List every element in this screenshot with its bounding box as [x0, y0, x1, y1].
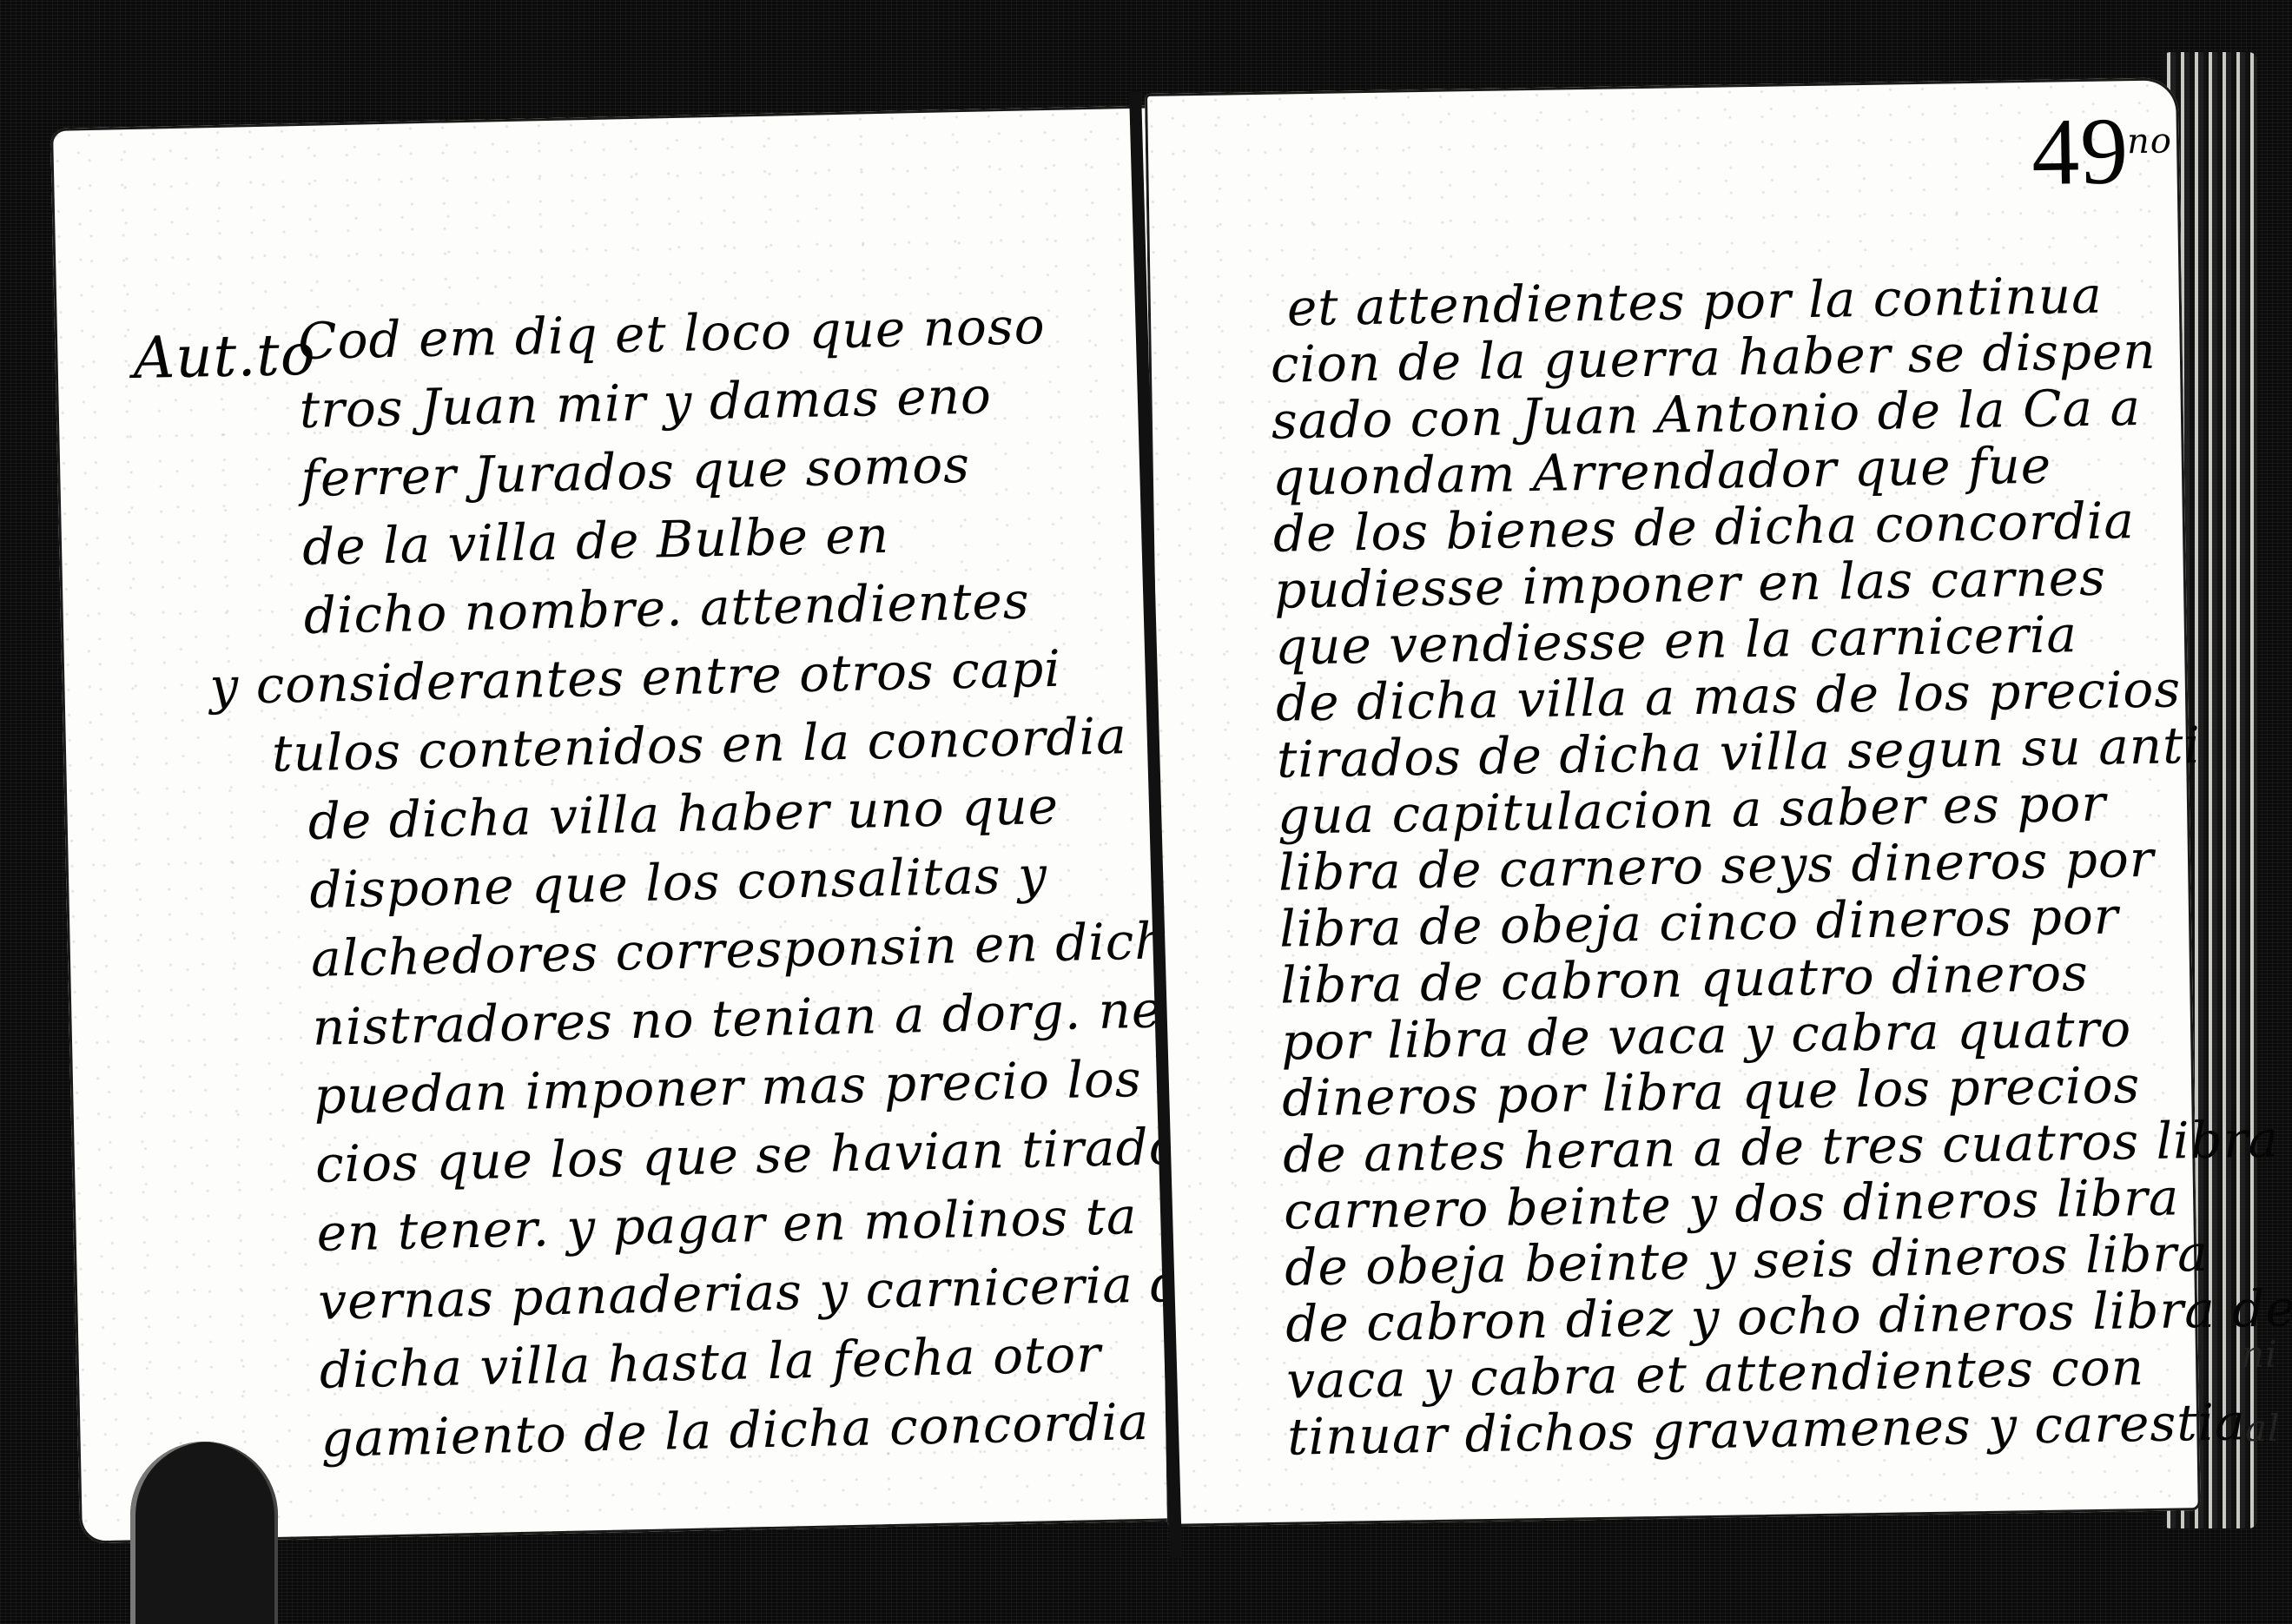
- left-page: Aut.to Cod em diq et loco que nosotros J…: [50, 105, 1183, 1543]
- right-page: 49 no et attendientes por la continuacio…: [1145, 77, 2201, 1526]
- manuscript-line: y considerantes entre otros capi: [209, 644, 1062, 712]
- edge-mark: ni: [2241, 1333, 2277, 1376]
- manuscript-line: en tener. y pagar en molinos ta: [316, 1191, 1138, 1258]
- manuscript-line: de la villa de Bulbe en: [302, 510, 890, 572]
- manuscript-line: tinuar dichos gravamenes y carestia: [1287, 1396, 2246, 1462]
- manuscript-line: dicho nombre. attendientes: [303, 576, 1030, 641]
- manuscript-line: dicha villa hasta la fecha otor: [319, 1329, 1101, 1396]
- margin-note: Aut.to: [133, 321, 317, 392]
- folio-number: 49: [2031, 96, 2130, 208]
- manuscript-line: de dicha villa haber uno que: [307, 781, 1059, 847]
- manuscript-line: Cod em diq et loco que noso: [298, 300, 1046, 366]
- bookmark-ribbon: [130, 1442, 278, 1624]
- corner-note: no: [2127, 121, 2173, 162]
- manuscript-line: puedan imponer mas precio los pre: [314, 1051, 1248, 1120]
- manuscript-line: gamiento de la dicha concordia: [320, 1396, 1150, 1464]
- manuscript-line: cios que los que se havian tirado: [314, 1121, 1180, 1190]
- manuscript-line: tros Juan mir y damas eno: [299, 370, 992, 435]
- manuscript-line: nistradores no tenian a dorg. ne: [312, 984, 1163, 1052]
- manuscript-line: ferrer Jurados que somos: [301, 439, 971, 504]
- manuscript-line: tulos contenidos en la concordia: [272, 710, 1128, 779]
- edge-mark: al: [2245, 1407, 2280, 1449]
- manuscript-line: dispone que los consalitas y: [309, 849, 1048, 915]
- manuscript-line: vernas panaderias y carniceria de: [318, 1258, 1215, 1327]
